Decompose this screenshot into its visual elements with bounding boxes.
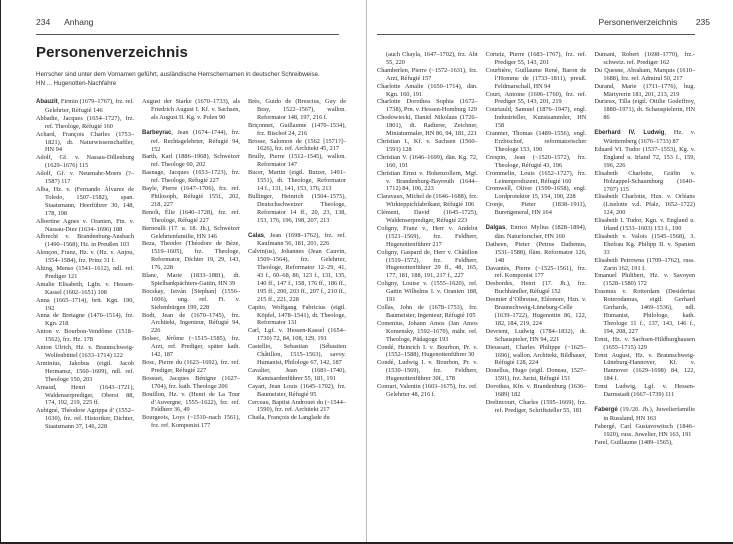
entry-text: Alba, Hz. v. (Fernando Álvarez de Toledo… xyxy=(36,186,134,217)
index-entry: Arminius, Jakobus (eigtl. Jacob Hermansz… xyxy=(36,360,134,384)
entry-text: Comenius, Johann Amos (Jan Amos Komensky… xyxy=(377,320,478,343)
entry-text: Alting, Menso (1541–1612), ndl. ref. Pre… xyxy=(36,265,134,280)
entry-text: Erasmus v. Rotterdam (Desiderius Roterod… xyxy=(594,288,695,335)
entry-text: Cranmer, Thomas (1489–1556), engl. Erzbi… xyxy=(486,130,587,153)
entry-text: , Firmin (1679–1767), frz. ref. Gelehrte… xyxy=(45,98,134,114)
entry-text: Dumant, Robert (1698–1770), frz.-schweiz… xyxy=(594,51,695,66)
entry-text: Bernoulli (17. u. 18. Jh.), Schweizer Ge… xyxy=(142,225,240,240)
entry-text: Durand, Marie (1711–1776), hug. Märtyrer… xyxy=(594,83,695,98)
entry-text: Basnage, Jacques (1653–1723), frz. ref. … xyxy=(142,169,240,184)
entry-text: Albrecht v. Brandenburg-Ansbach (1490–15… xyxy=(36,233,134,248)
left-page: 234 Anhang Personenverzeichnis Herrscher… xyxy=(0,0,366,544)
index-entry: Donellus, Hugo (eigtl. Doneau, 1527–1591… xyxy=(486,367,587,383)
index-entry: Albrecht v. Brandenburg-Ansbach (1490–15… xyxy=(36,233,134,249)
index-entry: Arnaud, Henri (1643–1721), Waldenserpred… xyxy=(36,384,134,408)
entry-text: Court, Antoine (1696–1760), frz. ref. Pr… xyxy=(486,91,587,106)
entry-text: Fabergé, Carl Gustavowitsch (1846–1920),… xyxy=(594,423,695,438)
entry-text: Bocskay, István [Stephan] (1556–1606), u… xyxy=(142,288,240,311)
entry-text: Elisabeth Petrowna (1709–1762), russ. Za… xyxy=(594,257,695,272)
index-entry: Bourgeois, Loys (~1510–nach 1561), frz. … xyxy=(142,414,240,430)
index-entry: Charlotte Amalie (1650–1714), dän. Kgn. … xyxy=(377,83,478,99)
entry-text: Benoît, Élie (1640–1728), frz. ref. Theo… xyxy=(142,209,240,224)
index-entry: Castellio, Sebastian (Sébastien Châtillo… xyxy=(248,343,346,367)
header-rule xyxy=(377,34,695,35)
index-entry: Brès, Guido de (Brescius, Guy de Bray, 1… xyxy=(248,98,346,122)
entry-text: Beza, Theodor (Théodore de Bèze, 1519–16… xyxy=(142,240,240,271)
index-entry: Bayle, Pierre (1647–1706), frz. ref. Phi… xyxy=(142,185,240,209)
entry-text: Ernst August, Hz. v. Braunschweig-Lünebu… xyxy=(594,352,695,383)
index-column: (auch Chayla, 1647–1702), frz. Abt 55, 2… xyxy=(377,51,478,447)
index-entry: Calas, Jean (1698–1762), frz. ref. Kaufm… xyxy=(248,232,346,249)
running-head-right: Personenverzeichnis 235 xyxy=(599,17,710,27)
index-entry: Dalgas, Enrico Mylius (1828–1894), dän. … xyxy=(486,224,587,241)
index-entry: Ernst August, Hz. v. Braunschweig-Lünebu… xyxy=(594,352,695,384)
entry-text: Adolf, Gf. v. Neuenahr-Moers (?–1587) 11… xyxy=(36,170,134,185)
entry-text: Bullinger, Heinrich (1504–1575), Deutsch… xyxy=(248,193,346,224)
index-entry: Bosc, Pierre du (1623–1692), frz. ref. P… xyxy=(142,359,240,375)
intro-note: Herrscher sind unter dem Vornamen geführ… xyxy=(36,70,346,88)
letter-section-head: Calas xyxy=(248,233,264,239)
index-entry: Bolsec, Jérôme (~1515–1585), frz. Arzt, … xyxy=(142,335,240,359)
index-entry: Durand, Marie (1711–1776), hug. Märtyrer… xyxy=(594,83,695,99)
entry-text: Capito, Wolfgang Fabricius (eigtl. Köpfe… xyxy=(248,304,346,327)
letter-section-head: Abauzit xyxy=(36,99,58,105)
entry-text: Blanc, Marie (1833–1881), dt. Spielbankp… xyxy=(142,272,240,287)
index-entry: Emanuel Philibert, Hz. v. Savoyen (1528–… xyxy=(594,272,695,288)
index-entry: Ernst, Hz. v. Sachsen-Hildburghausen (16… xyxy=(594,336,695,352)
intro-line: HN ... Hugenotten-Nachfahre xyxy=(36,79,346,88)
index-entry: Anton Ulrich, Hz. v. Braunschweig-Wolfen… xyxy=(36,344,134,360)
index-entry: August der Starke (1670–1733), als Fried… xyxy=(142,98,240,122)
index-entry: Bullinger, Heinrich (1504–1575), Deutsch… xyxy=(248,193,346,225)
entry-text: Albertine Agnes v. Oranien, Ftn. v. Nass… xyxy=(36,218,134,233)
index-entry: Crommelin, Louis (1652–1727), frz. Leine… xyxy=(486,170,587,186)
index-entry: Du Quesne, Abraham, Marquis (1610–1688),… xyxy=(594,67,695,83)
index-entry: Conrart, Valentin (1603–1675), frz. ref.… xyxy=(377,383,478,399)
index-entry: Bernoulli (17. u. 18. Jh.), Schweizer Ge… xyxy=(142,225,240,241)
entry-text: Elisabeth v. Valois (1545–1568), 3. Ehef… xyxy=(594,233,695,256)
index-entry: (auch Chayla, 1647–1702), frz. Abt 55, 2… xyxy=(377,51,478,67)
entry-text: Coligny, Franz v., Herr v. Andelot (1521… xyxy=(377,225,478,248)
index-entry: Eberhard IV. Ludwig, Hz. v. Württemberg … xyxy=(594,129,695,146)
index-entry: Elisabeth I. Tudor, Kgn. v. England u. I… xyxy=(594,217,695,233)
running-head-title: Personenverzeichnis xyxy=(599,17,678,27)
entry-text: Bouillon, Hz. v. (Henri de La Tour d’Auv… xyxy=(142,391,240,414)
index-entry: Durieux, Tilla (eigtl. Ottilie Godeffroy… xyxy=(594,98,695,122)
index-entry: Alting, Menso (1541–1612), ndl. ref. Pre… xyxy=(36,265,134,281)
index-entry: Amalie Elisabeth, Lgfn. v. Hessen-Kassel… xyxy=(36,281,134,297)
index-entry: Eduard VI. Tudor (1537–1553), Kg. v. Eng… xyxy=(594,146,695,170)
index-entry: Chaila, François de Langlade du xyxy=(248,414,346,422)
entry-text: Anna (1665–1714), brit. Kgn. 190, 192 xyxy=(36,297,134,312)
entry-text: Condé, Heinrich I. v. Bourbon, Pr. v. (1… xyxy=(377,344,478,359)
entry-text: Cronje, Pieter (1838–1911), Burengeneral… xyxy=(486,201,587,216)
entry-text: Brès, Guido de (Brescius, Guy de Bray, 1… xyxy=(248,98,346,121)
entry-text: Bolsec, Jérôme (~1515–1585), frz. Arzt, … xyxy=(142,335,240,358)
index-column: Brès, Guido de (Brescius, Guy de Bray, 1… xyxy=(248,98,346,431)
index-entry: Datheen, Pieter (Petrus Dathenus, 1531–1… xyxy=(486,241,587,265)
entry-text: Barth, Karl (1886–1968), Schweizer ref. … xyxy=(142,153,240,168)
entry-text: Calvin(us), Johannes (Jean Cauvin, 1509–… xyxy=(248,248,346,302)
entry-text: Bayle, Pierre (1647–1706), frz. ref. Phi… xyxy=(142,185,240,208)
index-entry: Bossuet, Jacques Bénigne (1627–1704), fr… xyxy=(142,375,240,391)
index-entry: Carl, Lgf. v. Hessen-Kassel (1654–1730) … xyxy=(248,327,346,343)
index-column: Corteiz, Pierre (1683–1767), frz. ref. P… xyxy=(486,51,587,447)
index-entry: Comenius, Johann Amos (Jan Amos Komensky… xyxy=(377,320,478,344)
letter-section-head: Eberhard IV. Ludwig xyxy=(594,130,664,136)
entry-text: Brosse, Salomon de (1562 [1571?]–1626), … xyxy=(248,138,346,153)
index-entry: Elisabeth Petrowna (1709–1762), russ. Za… xyxy=(594,257,695,273)
index-entry: Ernst Ludwig, Lgf. v. Hessen-Darmstadt (… xyxy=(594,383,695,399)
entry-text: Corteiz, Pierre (1683–1767), frz. ref. P… xyxy=(486,51,587,66)
entry-text: Bodt, Jean de (1670–1745), frz. Architek… xyxy=(142,312,240,335)
index-entry: Coligny, Gaspard de, Herr v. Châtillon (… xyxy=(377,249,478,281)
entry-text: Chaila, François de Langlade du xyxy=(248,414,330,421)
index-entry: Courbière, Guillaume René, Baron de l’Ho… xyxy=(486,67,587,91)
entry-text: Carl, Lgf. v. Hessen-Kassel (1654–1730) … xyxy=(248,327,346,342)
index-entry: Elisabeth Charlotte, Hzn. v. Orléans (Li… xyxy=(594,193,695,217)
index-entry: Farel, Guillaume (1489–1565), xyxy=(594,439,695,447)
entry-text: Briçonnet, Guillaume (1470–1534), frz. B… xyxy=(248,122,346,137)
entry-text: Bourgeois, Loys (~1510–nach 1561), frz. … xyxy=(142,414,240,429)
index-entry: Achard, François Charles (1753–1821), dt… xyxy=(36,131,134,155)
running-head-left: 234 Anhang xyxy=(36,17,93,27)
index-entry: Adolf, Gf. v. Neuenahr-Moers (?–1587) 11… xyxy=(36,170,134,186)
index-entry: Cavalier, Jean (1681–1740), Kamisardenfü… xyxy=(248,367,346,383)
entry-text: Castellio, Sebastian (Sébastien Châtillo… xyxy=(248,343,346,366)
index-entry: Anna (1665–1714), brit. Kgn. 190, 192 xyxy=(36,297,134,313)
index-entry: Cerceau, Baptist Androuet du (~1544–1590… xyxy=(248,399,346,415)
entry-text: Courtauld, Samuel (1876–1947), engl. Ind… xyxy=(486,106,587,129)
index-entry: Clément, David (1645–1725), Waldenserpre… xyxy=(377,209,478,225)
index-entry: Cranmer, Thomas (1489–1556), engl. Erzbi… xyxy=(486,130,587,154)
right-page: Personenverzeichnis 235 (auch Chayla, 16… xyxy=(367,0,733,544)
entry-text: Brully, Pierre (1512–1545), wallon. Refo… xyxy=(248,153,346,168)
entry-text: Dieussart, Charles Philippe (~1625–1696)… xyxy=(486,344,587,367)
letter-section-head: Barbeyrac xyxy=(142,130,171,136)
entry-text: Collas, John de (1678–1753), frz. Baumei… xyxy=(377,304,478,319)
index-entry: Anna de Bretagne (1476–1514), frz. Kgn. … xyxy=(36,312,134,328)
entry-text: (auch Chayla, 1647–1702), frz. Abt 55, 2… xyxy=(386,51,478,66)
index-entry: Coligny, Louise v. (1555–1620), ref. Gat… xyxy=(377,280,478,304)
index-column: August der Starke (1670–1733), als Fried… xyxy=(142,98,240,431)
index-entry: Corteiz, Pierre (1683–1767), frz. ref. P… xyxy=(486,51,587,67)
index-entry: Elisabeth v. Valois (1545–1568), 3. Ehef… xyxy=(594,233,695,257)
index-entry: Alba, Hz. v. (Fernando Álvarez de Toledo… xyxy=(36,186,134,218)
entry-text: Drelincourt, Charles (1595–1669), frz. r… xyxy=(486,399,587,414)
page-title: Personenverzeichnis xyxy=(36,44,188,61)
entry-text: Devrient, Ludwig (1784–1832), dt. Schaus… xyxy=(486,328,587,343)
entry-text: , Jean (1698–1762), frz. ref. Kaufmann 5… xyxy=(257,232,346,248)
entry-text: Arnaud, Henri (1643–1721), Waldenserpred… xyxy=(36,384,134,407)
header-rule xyxy=(36,34,339,35)
index-entry: Desbordes, Henri (17. Jh.), frz. Buchhän… xyxy=(486,280,587,296)
index-entry: Charlotte Dorothea Sophia (1672– 1738), … xyxy=(377,98,478,114)
entry-text: Du Quesne, Abraham, Marquis (1610–1688),… xyxy=(594,67,695,82)
index-entry: Bouillon, Hz. v. (Henri de La Tour d’Auv… xyxy=(142,391,240,415)
page-number: 234 xyxy=(36,17,50,27)
entry-text: Christian I., Kf. v. Sachsen (1560–1591)… xyxy=(377,138,478,153)
index-entry: Dumant, Robert (1698–1770), frz.-schweiz… xyxy=(594,51,695,67)
index-entry: Beza, Theodor (Théodore de Bèze, 1519–16… xyxy=(142,240,240,272)
entry-text: Coligny, Gaspard de, Herr v. Châtillon (… xyxy=(377,249,478,280)
index-entry: Dorothea, Kfn. v. Brandenburg (1636–1689… xyxy=(486,383,587,399)
index-columns: (auch Chayla, 1647–1702), frz. Abt 55, 2… xyxy=(377,51,695,447)
entry-text: Elisabeth I. Tudor, Kgn. v. England u. I… xyxy=(594,217,695,232)
entry-text: , Enrico Mylius (1828–1894), dän. Naturf… xyxy=(495,224,587,240)
index-entry: Capito, Wolfgang Fabricius (eigtl. Köpfe… xyxy=(248,304,346,328)
entry-text: Eduard VI. Tudor (1537–1553), Kg. v. Eng… xyxy=(594,146,695,169)
index-entry: Briçonnet, Guillaume (1470–1534), frz. B… xyxy=(248,122,346,138)
entry-text: Abbadie, Jacques (1654–1727), frz. ref. … xyxy=(36,115,134,130)
entry-text: Dorothea, Kfn. v. Brandenburg (1636–1689… xyxy=(486,383,587,398)
entry-text: Bucer, Martin (eigtl. Butzer, 1491–1551)… xyxy=(248,169,346,192)
index-entry: Erasmus v. Rotterdam (Desiderius Roterod… xyxy=(594,288,695,335)
index-entry: Cayart, Jean Louis (1645–1702), frz. Bau… xyxy=(248,383,346,399)
entry-text: Cromwell, Oliver (1599–1658), engl. Lord… xyxy=(486,185,587,200)
entry-text: Davantès, Pierre (~1525–1561), frz. ref.… xyxy=(486,265,587,280)
index-entry: Abbadie, Jacques (1654–1727), frz. ref. … xyxy=(36,115,134,131)
index-entry: Brosse, Salomon de (1562 [1571?]–1626), … xyxy=(248,138,346,154)
entry-text: Clément, David (1645–1725), Waldenserpre… xyxy=(377,209,478,224)
index-entry: Devrient, Ludwig (1784–1832), dt. Schaus… xyxy=(486,328,587,344)
letter-section-head: Fabergé xyxy=(594,407,617,413)
index-entry: Anton v. Bourbon-Vendôme (1518–1562), fr… xyxy=(36,328,134,344)
entry-text: Donellus, Hugo (eigtl. Doneau, 1527–1591… xyxy=(486,367,587,382)
index-column: Dumant, Robert (1698–1770), frz.-schweiz… xyxy=(594,51,695,447)
index-entry: Condé, Heinrich I. v. Bourbon, Pr. v. (1… xyxy=(377,344,478,360)
index-entry: Courtauld, Samuel (1876–1947), engl. Ind… xyxy=(486,106,587,130)
index-entry: Christian V. (1646–1699), dän. Kg. 72, 1… xyxy=(377,154,478,170)
entry-text: Courbière, Guillaume René, Baron de l’Ho… xyxy=(486,67,587,90)
entry-text: Adolf, Gf. v. Nassau-Dillenburg (1629–16… xyxy=(36,154,134,169)
entry-text: Anna de Bretagne (1476–1514), frz. Kgn. … xyxy=(36,312,134,327)
entry-text: Alençon, Franz, Hz. v. (Hz. v. Anjou, 15… xyxy=(36,249,134,264)
index-entry: Fabergé, Carl Gustavowitsch (1846–1920),… xyxy=(594,423,695,439)
intro-line: Herrscher sind unter dem Vornamen geführ… xyxy=(36,70,346,79)
entry-text: Chodowiecki, Daniel Nikolaus (1726–1801)… xyxy=(377,114,478,137)
running-head-title: Anhang xyxy=(64,17,93,27)
entry-text: Datheen, Pieter (Petrus Dathenus, 1531–1… xyxy=(486,241,587,264)
entry-text: Charlotte Amalie (1650–1714), dän. Kgn. … xyxy=(377,83,478,98)
index-entry: Bocskay, István [Stephan] (1556–1606), u… xyxy=(142,288,240,312)
entry-text: Claravaux, Michel de (1646–1688), frz. W… xyxy=(377,193,478,208)
page-number: 235 xyxy=(696,17,710,27)
entry-text: August der Starke (1670–1733), als Fried… xyxy=(142,98,240,121)
entry-text: Desbordes, Henri (17. Jh.), frz. Buchhän… xyxy=(486,280,587,295)
index-entry: Chodowiecki, Daniel Nikolaus (1726–1801)… xyxy=(377,114,478,138)
index-columns: Abauzit, Firmin (1679–1767), frz. ref. G… xyxy=(36,98,346,431)
index-entry: Cronje, Pieter (1838–1911), Burengeneral… xyxy=(486,201,587,217)
entry-text: Anton v. Bourbon-Vendôme (1518–1562), fr… xyxy=(36,328,134,343)
entry-text: Bosc, Pierre du (1623–1692), frz. ref. P… xyxy=(142,359,240,374)
entry-text: (19./20. Jh.), Juwelierfamilie in Russla… xyxy=(603,406,695,422)
entry-text: Chamberlen, Pierre (~1572–1631), frz. Ar… xyxy=(377,67,478,82)
index-entry: Brully, Pierre (1512–1545), wallon. Refo… xyxy=(248,153,346,169)
entry-text: Christian Ernst v. Hohenzollern, Mgf. v.… xyxy=(377,170,478,193)
index-entry: Coligny, Franz v., Herr v. Andelot (1521… xyxy=(377,225,478,249)
index-entry: Blanc, Marie (1833–1881), dt. Spielbankp… xyxy=(142,272,240,288)
index-entry: Drelincourt, Charles (1595–1669), frz. r… xyxy=(486,399,587,415)
entry-text: Conrart, Valentin (1603–1675), frz. ref.… xyxy=(377,383,478,398)
index-entry: Elisabeth Charlotte, Gräfin v. Holzappel… xyxy=(594,170,695,194)
index-entry: Basnage, Jacques (1653–1723), frz. ref. … xyxy=(142,169,240,185)
index-column: Abauzit, Firmin (1679–1767), frz. ref. G… xyxy=(36,98,134,431)
entry-text: Charlotte Dorothea Sophia (1672– 1738), … xyxy=(377,98,478,113)
index-entry: Fabergé (19./20. Jh.), Juwelierfamilie i… xyxy=(594,406,695,423)
entry-text: Durieux, Tilla (eigtl. Ottilie Godeffroy… xyxy=(594,98,695,121)
entry-text: Cavalier, Jean (1681–1740), Kamisardenfü… xyxy=(248,367,346,382)
entry-text: Bossuet, Jacques Bénigne (1627–1704), fr… xyxy=(142,375,240,390)
entry-text: Christian V. (1646–1699), dän. Kg. 72, 1… xyxy=(377,154,478,169)
index-entry: Albertine Agnes v. Oranien, Ftn. v. Nass… xyxy=(36,218,134,234)
entry-text: Emanuel Philibert, Hz. v. Savoyen (1528–… xyxy=(594,272,695,287)
entry-text: Crommelin, Louis (1652–1727), frz. Leine… xyxy=(486,170,587,185)
index-entry: Christian Ernst v. Hohenzollern, Mgf. v.… xyxy=(377,170,478,194)
letter-section-head: Dalgas xyxy=(486,225,506,231)
index-entry: Adolf, Gf. v. Nassau-Dillenburg (1629–16… xyxy=(36,154,134,170)
entry-text: Farel, Guillaume (1489–1565), xyxy=(594,439,672,446)
index-entry: Bodt, Jean de (1670–1745), frz. Architek… xyxy=(142,312,240,336)
entry-text: Achard, François Charles (1753–1821), dt… xyxy=(36,131,134,154)
entry-text: Condé, Ludwig I. v. Bourbon, Pr. v. (153… xyxy=(377,359,478,382)
entry-text: Elisabeth Charlotte, Hzn. v. Orléans (Li… xyxy=(594,193,695,216)
index-entry: Collas, John de (1678–1753), frz. Baumei… xyxy=(377,304,478,320)
index-entry: Dieussart, Charles Philippe (~1625–1696)… xyxy=(486,344,587,368)
index-entry: Court, Antoine (1696–1760), frz. ref. Pr… xyxy=(486,91,587,107)
entry-text: Arminius, Jakobus (eigtl. Jacob Hermansz… xyxy=(36,360,134,383)
index-entry: Abauzit, Firmin (1679–1767), frz. ref. G… xyxy=(36,98,134,115)
index-entry: Condé, Ludwig I. v. Bourbon, Pr. v. (153… xyxy=(377,359,478,383)
entry-text: Crespin, Jean (~1520–1572), frz. Theolog… xyxy=(486,154,587,169)
index-entry: Desmier d’Olbreuse, Eléonore, Hzn. v. Br… xyxy=(486,296,587,328)
index-entry: Barbeyrac, Jean (1674–1744), frz. ref. R… xyxy=(142,129,240,154)
index-entry: Calvin(us), Johannes (Jean Cauvin, 1509–… xyxy=(248,248,346,303)
index-entry: Chamberlen, Pierre (~1572–1631), frz. Ar… xyxy=(377,67,478,83)
index-entry: Bucer, Martin (eigtl. Butzer, 1491–1551)… xyxy=(248,169,346,193)
index-entry: Davantès, Pierre (~1525–1561), frz. ref.… xyxy=(486,265,587,281)
index-entry: Benoît, Élie (1640–1728), frz. ref. Theo… xyxy=(142,209,240,225)
index-entry: Alençon, Franz, Hz. v. (Hz. v. Anjou, 15… xyxy=(36,249,134,265)
entry-text: Coligny, Louise v. (1555–1620), ref. Gat… xyxy=(377,280,478,303)
entry-text: Desmier d’Olbreuse, Eléonore, Hzn. v. Br… xyxy=(486,296,587,327)
index-entry: Claravaux, Michel de (1646–1688), frz. W… xyxy=(377,193,478,209)
entry-text: Ernst, Hz. v. Sachsen-Hildburghausen (16… xyxy=(594,336,695,351)
index-entry: Christian I., Kf. v. Sachsen (1560–1591)… xyxy=(377,138,478,154)
entry-text: Amalie Elisabeth, Lgfn. v. Hessen-Kassel… xyxy=(36,281,134,296)
entry-text: Elisabeth Charlotte, Gräfin v. Holzappel… xyxy=(594,170,695,193)
entry-text: Ernst Ludwig, Lgf. v. Hessen-Darmstadt (… xyxy=(594,383,695,398)
entry-text: Cerceau, Baptist Androuet du (~1544–1590… xyxy=(248,399,346,414)
index-entry: Cromwell, Oliver (1599–1658), engl. Lord… xyxy=(486,185,587,201)
entry-text: Anton Ulrich, Hz. v. Braunschweig-Wolfen… xyxy=(36,344,134,359)
index-entry: Aubigné, Théodore Agrippa d’ (1552–1630)… xyxy=(36,407,134,431)
index-entry: Crespin, Jean (~1520–1572), frz. Theolog… xyxy=(486,154,587,170)
entry-text: Cayart, Jean Louis (1645–1702), frz. Bau… xyxy=(248,383,346,398)
entry-text: Aubigné, Théodore Agrippa d’ (1552–1630)… xyxy=(36,407,134,430)
index-entry: Barth, Karl (1886–1968), Schweizer ref. … xyxy=(142,153,240,169)
